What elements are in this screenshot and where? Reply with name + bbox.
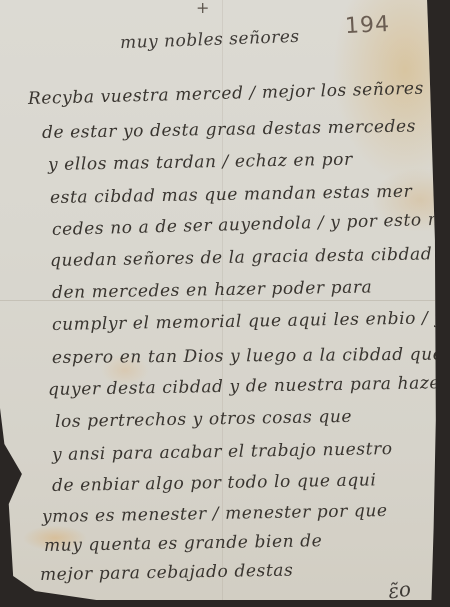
text-line: Recyba vuestra merced / mejor los señore… bbox=[28, 79, 424, 109]
text-line: y ansi para acabar el trabajo nuestro bbox=[52, 439, 393, 465]
text-line: espero en tan Dios y luego a la cibdad q… bbox=[52, 344, 450, 368]
salutation: muy nobles señores bbox=[120, 27, 300, 53]
manuscript-page: + 194 muy nobles señores Recyba vuestra … bbox=[0, 0, 450, 607]
text-line: muy quenta es grande bien de bbox=[44, 531, 323, 556]
text-line: ymos es menester / menester por que bbox=[42, 501, 388, 527]
text-line: y ellos mas tardan / echaz en por bbox=[48, 150, 353, 175]
text-line: de enbiar algo por todo lo que aqui bbox=[52, 470, 377, 496]
text-line: de estar yo desta grasa destas mercedes bbox=[42, 116, 416, 143]
text-line: quyer desta cibdad y de nuestra para haz… bbox=[48, 373, 449, 400]
cross-mark: + bbox=[196, 0, 209, 17]
signature-rubric: ɛ̃o bbox=[386, 577, 412, 604]
text-line: los pertrechos y otros cosas que bbox=[55, 407, 352, 432]
text-line: esta cibdad mas que mandan estas mer bbox=[50, 182, 413, 208]
folio-number: 194 bbox=[344, 12, 390, 39]
paper-sheet: + 194 muy nobles señores Recyba vuestra … bbox=[0, 0, 438, 600]
text-line: mejor para cebajado destas bbox=[40, 561, 294, 585]
text-line: cedes no a de ser auyendola / y por esto… bbox=[52, 209, 450, 240]
text-line: cumplyr el memorial que aqui les enbio /… bbox=[52, 308, 450, 335]
text-line: quedan señores de la gracia desta cibdad… bbox=[50, 244, 450, 271]
